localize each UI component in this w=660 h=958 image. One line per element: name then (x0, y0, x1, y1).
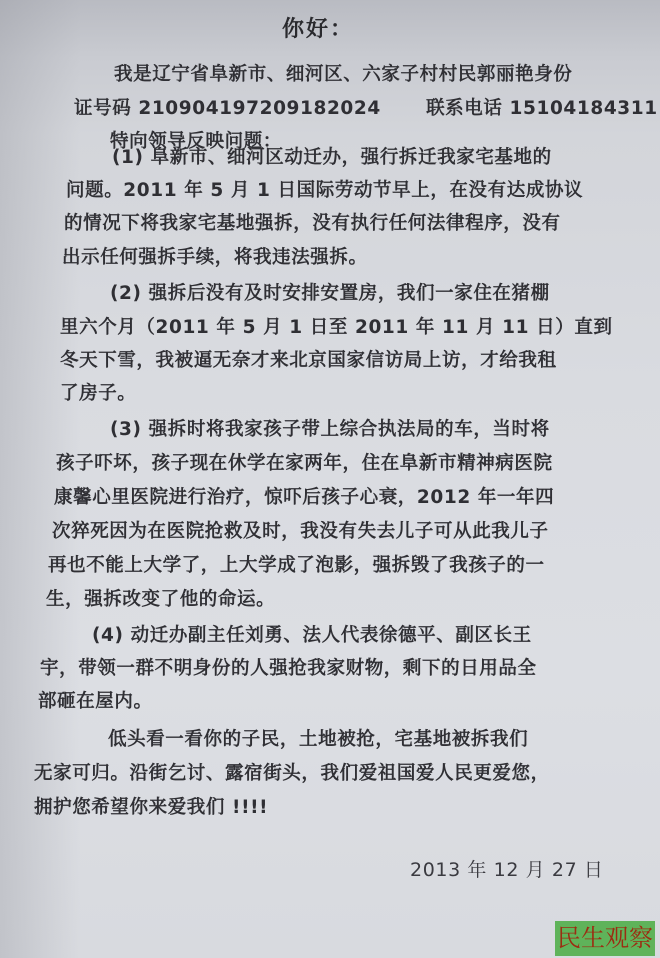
closing-line: 拥护您希望你来爱我们 !!!! (34, 796, 268, 820)
section-line: 出示任何强拆手续，将我违法强拆。 (62, 246, 368, 270)
section-line: (1) 阜新市、细河区动迁办，强行拆迁我家宅基地的 (112, 146, 552, 170)
closing-line: 低头看一看你的子民，土地被抢，宅基地被拆我们 (108, 728, 528, 752)
petition-letter: 你好： 我是辽宁省阜新市、细河区、六家子村村民郭丽艳身份 证号码 2109041… (0, 0, 660, 958)
header-line: 证号码 210904197209182024 联系电话 15104184311 (74, 97, 658, 121)
section-line: 康馨心里医院进行治疗，惊吓后孩子心衰，2012 年一年四 (54, 486, 554, 510)
section-line: 生，强拆改变了他的命运。 (46, 588, 275, 612)
section-line: 了房子。 (60, 382, 136, 406)
section-line: (3) 强拆时将我家孩子带上综合执法局的车，当时将 (110, 418, 550, 442)
section-line: 宇，带领一群不明身份的人强抢我家财物，剩下的日用品全 (40, 657, 537, 681)
section-line: 问题。2011 年 5 月 1 日国际劳动节早上，在没有达成协议 (66, 179, 583, 203)
section-line: 里六个月（2011 年 5 月 1 日至 2011 年 11 月 11 日）直到 (60, 316, 613, 340)
section-line: 的情况下将我家宅基地强拆，没有执行任何法律程序，没有 (64, 212, 561, 236)
section-line: (4) 动迁办副主任刘勇、法人代表徐德平、副区长王 (92, 624, 532, 648)
section-line: 冬天下雪，我被逼无奈才来北京国家信访局上访，才给我租 (60, 349, 557, 373)
section-line: 再也不能上大学了，上大学成了泡影，强拆毁了我孩子的一 (48, 554, 545, 578)
section-line: 孩子吓坏，孩子现在休学在家两年，住在阜新市精神病医院 (56, 452, 553, 476)
section-line: (2) 强拆后没有及时安排安置房，我们一家住在猪棚 (110, 282, 550, 306)
letter-date: 2013 年 12 月 27 日 (410, 858, 604, 882)
header-line: 我是辽宁省阜新市、细河区、六家子村村民郭丽艳身份 (114, 63, 572, 87)
section-line: 次猝死因为在医院抢救及时，我没有失去儿子可从此我儿子 (52, 520, 549, 544)
section-line: 部砸在屋内。 (38, 690, 153, 714)
watermark-logo: 民生观察 (555, 921, 655, 956)
closing-line: 无家可归。沿街乞讨、露宿街头，我们爱祖国爱人民更爱您， (34, 762, 550, 786)
greeting: 你好： (282, 18, 354, 42)
